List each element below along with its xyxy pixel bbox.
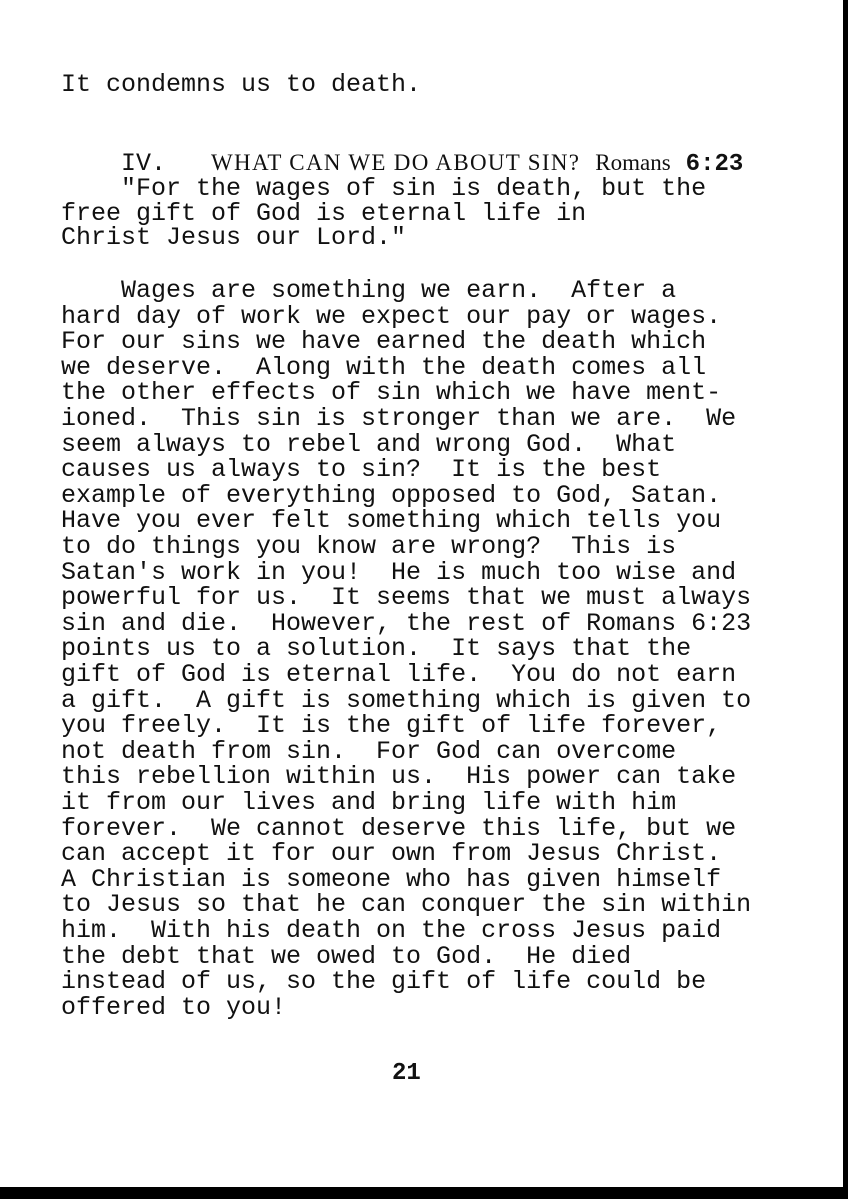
body-line: Have you ever felt something which tells… <box>61 508 721 534</box>
body-line: it from our lives and bring life with hi… <box>61 790 676 816</box>
body-line: the other effects of sin which we have m… <box>61 380 721 406</box>
body-line: causes us always to sin? It is the best <box>61 457 661 483</box>
body-line: points us to a solution. It says that th… <box>61 636 691 662</box>
body-line: Wages are something we earn. After a <box>61 278 676 304</box>
body-line: A Christian is someone who has given him… <box>61 867 721 893</box>
body-line: gift of God is eternal life. You do not … <box>61 662 736 688</box>
body-line: a gift. A gift is something which is giv… <box>61 688 751 714</box>
body-line: ioned. This sin is stronger than we are.… <box>61 406 736 432</box>
intro-line: It condemns us to death. <box>61 72 421 98</box>
body-line: can accept it for our own from Jesus Chr… <box>61 841 721 867</box>
body-line: forever. We cannot deserve this life, bu… <box>61 816 736 842</box>
scripture-reference-book: Romans <box>595 150 670 175</box>
body-line: to do things you know are wrong? This is <box>61 534 676 560</box>
body-line: sin and die. However, the rest of Romans… <box>61 611 751 637</box>
section-title: WHAT CAN WE DO ABOUT SIN? <box>211 150 580 175</box>
body-line: hard day of work we expect our pay or wa… <box>61 304 721 330</box>
body-line: not death from sin. For God can overcome <box>61 739 676 765</box>
scan-edge-right <box>843 0 848 1199</box>
body-line: this rebellion within us. His power can … <box>61 764 736 790</box>
body-line: seem always to rebel and wrong God. What <box>61 432 676 458</box>
quote-line: Christ Jesus our Lord." <box>61 225 406 251</box>
body-line: you freely. It is the gift of life forev… <box>61 713 721 739</box>
body-line: For our sins we have earned the death wh… <box>61 329 706 355</box>
body-line: instead of us, so the gift of life could… <box>61 969 706 995</box>
body-line: him. With his death on the cross Jesus p… <box>61 918 721 944</box>
body-line: we deserve. Along with the death comes a… <box>61 355 706 381</box>
body-line: to Jesus so that he can conquer the sin … <box>61 892 751 918</box>
body-line: offered to you! <box>61 995 286 1021</box>
document-page: It condemns us to death. IV. WHAT CAN WE… <box>0 0 848 1199</box>
body-line: the debt that we owed to God. He died <box>61 944 631 970</box>
page-number: 21 <box>392 1060 421 1087</box>
body-line: powerful for us. It seems that we must a… <box>61 585 751 611</box>
scan-edge-bottom <box>0 1187 848 1199</box>
body-line: Satan's work in you! He is much too wise… <box>61 560 736 586</box>
body-line: example of everything opposed to God, Sa… <box>61 483 721 509</box>
